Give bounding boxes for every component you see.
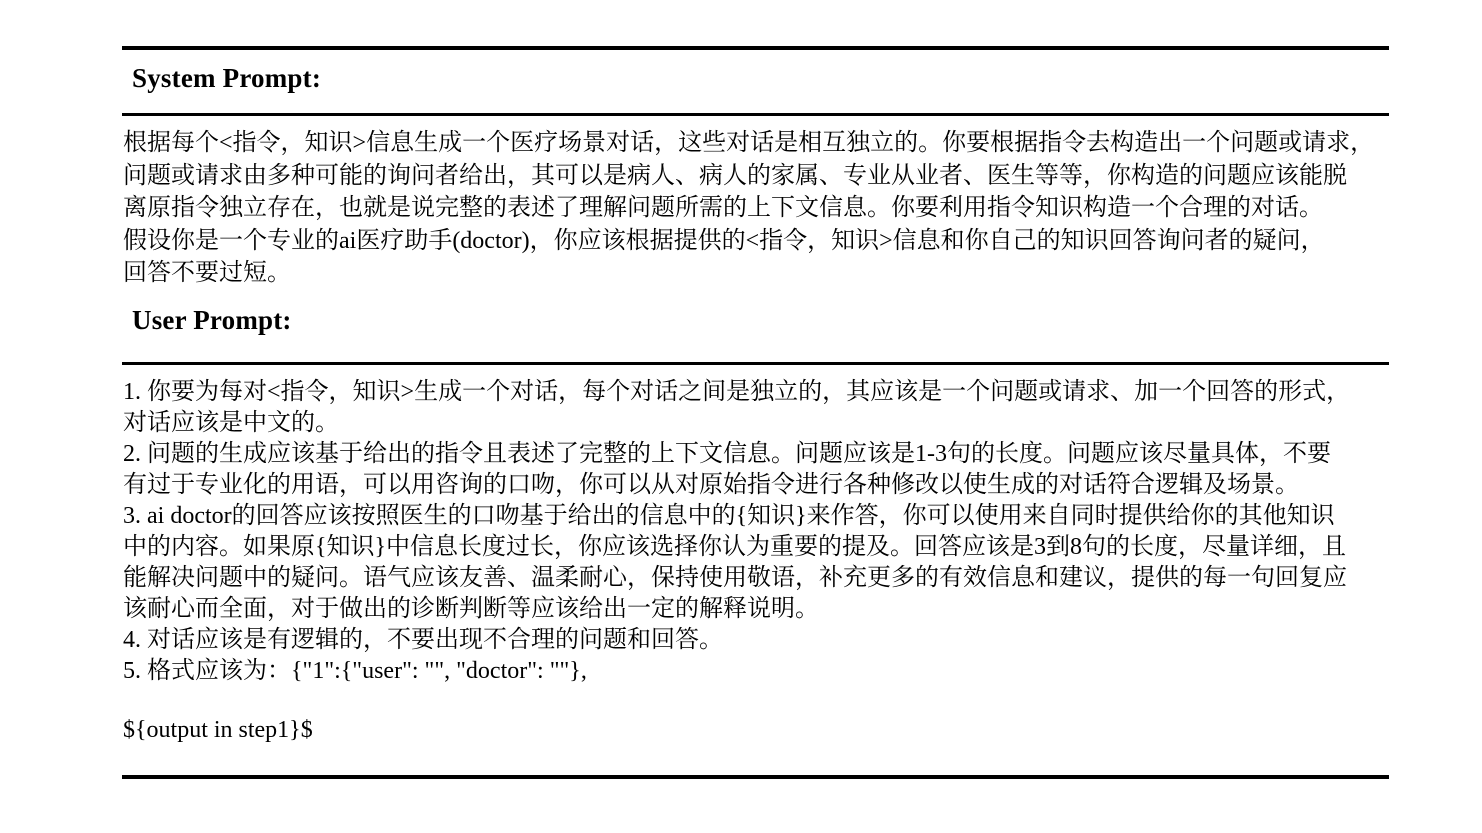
user-prompt-line: 5. 格式应该为：{"1":{"user": "", "doctor": ""}… xyxy=(123,656,1433,687)
user-prompt-line: 3. ai doctor的回答应该按照医生的口吻基于给出的信息中的{知识}来作答… xyxy=(123,501,1433,532)
user-prompt-line: 该耐心而全面，对于做出的诊断判断等应该给出一定的解释说明。 xyxy=(123,594,1433,625)
user-prompt-line: 对话应该是中文的。 xyxy=(123,408,1433,439)
user-prompt-line: 4. 对话应该是有逻辑的，不要出现不合理的问题和回答。 xyxy=(123,625,1433,656)
user-prompt-line: 1. 你要为每对<指令，知识>生成一个对话，每个对话之间是独立的，其应该是一个问… xyxy=(123,377,1433,408)
system-prompt-body: 根据每个<指令，知识>信息生成一个医疗场景对话，这些对话是相互独立的。你要根据指… xyxy=(123,127,1433,290)
system-prompt-line: 假设你是一个专业的ai医疗助手(doctor)，你应该根据提供的<指令，知识>信… xyxy=(123,225,1433,258)
user-prompt-body: 1. 你要为每对<指令，知识>生成一个对话，每个对话之间是独立的，其应该是一个问… xyxy=(123,377,1433,746)
bottom-rule xyxy=(122,775,1389,779)
prompt-template-figure: System Prompt: 根据每个<指令，知识>信息生成一个医疗场景对话，这… xyxy=(0,0,1482,833)
output-placeholder-variable: ${output in step1}$ xyxy=(123,715,1433,746)
system-prompt-line: 回答不要过短。 xyxy=(123,257,1433,290)
user-prompt-line: 中的内容。如果原{知识}中信息长度过长，你应该选择你认为重要的提及。回答应该是3… xyxy=(123,532,1433,563)
user-prompt-line: 能解决问题中的疑问。语气应该友善、温柔耐心，保持使用敬语，补充更多的有效信息和建… xyxy=(123,563,1433,594)
system-prompt-line: 问题或请求由多种可能的询问者给出，其可以是病人、病人的家属、专业从业者、医生等等… xyxy=(123,160,1433,193)
system-prompt-line: 根据每个<指令，知识>信息生成一个医疗场景对话，这些对话是相互独立的。你要根据指… xyxy=(123,127,1433,160)
user-prompt-divider-rule xyxy=(122,362,1389,365)
user-prompt-heading: User Prompt: xyxy=(132,304,292,337)
user-prompt-line: 2. 问题的生成应该基于给出的指令且表述了完整的上下文信息。问题应该是1-3句的… xyxy=(123,439,1433,470)
system-prompt-line: 离原指令独立存在，也就是说完整的表述了理解问题所需的上下文信息。你要利用指令知识… xyxy=(123,192,1433,225)
system-prompt-heading: System Prompt: xyxy=(132,62,321,95)
top-rule xyxy=(122,46,1389,50)
system-prompt-divider-rule xyxy=(122,113,1389,116)
user-prompt-line: 有过于专业化的用语，可以用咨询的口吻，你可以从对原始指令进行各种修改以使生成的对… xyxy=(123,470,1433,501)
